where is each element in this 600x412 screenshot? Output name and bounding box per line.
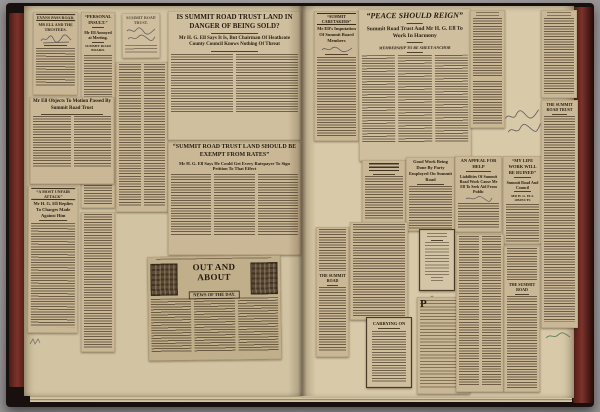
newsprint-text bbox=[74, 116, 112, 168]
divider bbox=[211, 51, 258, 52]
divider bbox=[514, 177, 531, 178]
clipping-summit-road-column: THE SUMMIT ROAD bbox=[504, 246, 540, 392]
clipping-text-columns bbox=[456, 234, 504, 392]
divider bbox=[44, 45, 67, 46]
clipping-text-column bbox=[350, 222, 408, 320]
headline-text bbox=[369, 163, 399, 172]
newsprint-text bbox=[258, 174, 298, 236]
clipping-good-work: Good Work Being Done By Party Employed O… bbox=[406, 157, 455, 231]
divider bbox=[514, 191, 531, 192]
newsprint-text bbox=[372, 331, 406, 383]
clipping-kicker: “MY LIFE WORK WILL BE RUINED” bbox=[506, 158, 539, 176]
newsprint-text bbox=[151, 298, 192, 353]
drop-cap-letter: P bbox=[420, 299, 428, 309]
clipping-carrying-on: CARRYING ON bbox=[366, 317, 412, 388]
clipping-evans-pass-road: EVANS PASS ROAD. MR ELL AND THE TRUSTEES… bbox=[33, 12, 78, 95]
divider bbox=[325, 54, 348, 55]
clipping-note: MEMBERSHIP TO BE SHEET-ANCHOR bbox=[362, 45, 468, 51]
clipping-subhead: Mr H. G. Ell Says He Could Get Every Rat… bbox=[171, 161, 298, 173]
green-pencil-mark bbox=[544, 331, 572, 341]
clipping-bordered-notice bbox=[419, 229, 455, 291]
clipping-kicker: EVANS PASS ROAD. bbox=[36, 14, 75, 21]
newsprint-text bbox=[33, 116, 71, 168]
divider bbox=[407, 52, 423, 53]
clipping-summit-road-trust-note: SUMMIT ROAD TRUST. bbox=[122, 13, 160, 58]
headline-text bbox=[547, 12, 571, 16]
newsprint-text bbox=[398, 55, 432, 143]
newsprint-text bbox=[544, 116, 575, 322]
newsprint-text bbox=[473, 18, 502, 76]
clipping-subhead: Summit Road Trust And Mr H. G. Ell To Wo… bbox=[362, 25, 468, 40]
divider bbox=[417, 184, 444, 185]
newsprint-text bbox=[319, 287, 346, 351]
handwritten-note bbox=[125, 26, 157, 44]
notice-body-text bbox=[425, 242, 449, 276]
newsprint-text bbox=[214, 174, 254, 236]
clipping-text-column bbox=[81, 212, 115, 352]
divider bbox=[552, 114, 567, 115]
divider bbox=[39, 220, 67, 221]
clipping-headline: Good Work Being Done By Party Employed O… bbox=[409, 159, 452, 182]
etching-illustration-right bbox=[250, 262, 277, 294]
clipping-text-columns bbox=[116, 62, 168, 212]
clipping-headline: IS SUMMIT ROAD TRUST LAND IN DANGER OF B… bbox=[171, 13, 298, 31]
divider bbox=[211, 33, 258, 34]
handwritten-note bbox=[320, 45, 354, 53]
clipping-small-headline bbox=[362, 160, 406, 226]
divider bbox=[466, 171, 491, 172]
clipping-headline: THE SUMMIT ROAD TRUST bbox=[544, 102, 575, 112]
newsprint-text bbox=[31, 223, 75, 327]
divider bbox=[92, 27, 104, 28]
clipping-most-unfair-attack: “A MOST UNFAIR ATTACK” Mr H. G. Ell Repl… bbox=[28, 186, 79, 333]
clipping-headline: THE SUMMIT ROAD bbox=[507, 282, 537, 292]
divider bbox=[373, 174, 395, 175]
newsprint-text bbox=[507, 296, 537, 388]
newsprint-text bbox=[238, 297, 279, 352]
clipping-kicker: AN APPEAL FOR HELP bbox=[458, 158, 499, 170]
clipping-headline: Mr H. G. Ell Replies To Charges Made Aga… bbox=[31, 201, 75, 219]
clipping-headline: “PEACE SHOULD REIGN” bbox=[362, 11, 468, 21]
newsprint-text bbox=[458, 203, 499, 229]
newsprint-text bbox=[319, 229, 346, 271]
scrapbook-photo: EVANS PASS ROAD. MR ELL AND THE TRUSTEES… bbox=[0, 0, 600, 412]
clipping-summit-road-small-column: THE SUMMIT ROAD bbox=[316, 227, 349, 357]
clipping-headline: Mr Ell Annoyed at Meeting. bbox=[84, 30, 112, 40]
newsprint-text bbox=[171, 174, 211, 236]
etching-illustration-left bbox=[150, 264, 177, 296]
clipping-subhead: Mr H. G. Ell Says It Is, But Chairman Of… bbox=[171, 36, 298, 49]
clipping-headline: Liabilities Of Summit Road Work Cause Mr… bbox=[458, 174, 499, 195]
newsprint-text bbox=[353, 224, 405, 316]
newsprint-text bbox=[317, 57, 356, 137]
divider bbox=[515, 294, 529, 295]
clipping-kicker: “PERSONAL INSULT.” bbox=[84, 14, 112, 26]
newsprint-text bbox=[84, 214, 112, 348]
clipping-out-and-about: OUT AND ABOUT NEWS OF THE DAY. bbox=[147, 255, 281, 361]
clipping-kicker: “SUMMIT CARETAKERS” bbox=[317, 13, 356, 25]
clipping-headline: “SUMMIT ROAD TRUST LAND SHOULD BE EXEMPT… bbox=[171, 144, 298, 160]
clipping-summit-road-trust-column: THE SUMMIT ROAD TRUST bbox=[541, 100, 578, 328]
clipping-headline: Mr Ell’s Imputation Of Summit Board Memb… bbox=[317, 26, 356, 44]
clipping-subhead: SUMMIT ROAD BOARD. bbox=[84, 44, 112, 53]
clipping-headline: CARRYING ON bbox=[370, 321, 408, 327]
newsprint-text bbox=[544, 18, 574, 94]
newsprint-text bbox=[409, 186, 452, 230]
newsprint-text bbox=[482, 236, 502, 386]
clipping-peace-should-reign: “PEACE SHOULD REIGN” Summit Road Trust A… bbox=[359, 9, 472, 162]
divider bbox=[431, 240, 443, 241]
clipping-headline: Summit Road And Council bbox=[506, 180, 539, 190]
clipping-appeal-for-help: AN APPEAL FOR HELP Liabilities Of Summit… bbox=[455, 156, 502, 232]
newsprint-text bbox=[144, 64, 166, 206]
divider bbox=[407, 23, 423, 24]
newsprint-text bbox=[506, 204, 539, 242]
clipping-text-column bbox=[470, 10, 505, 128]
divider bbox=[378, 328, 400, 329]
clipping-subhead: MR H. G. ELL OBJECTS bbox=[506, 194, 539, 203]
newsprint-text bbox=[434, 55, 468, 143]
newsprint-text bbox=[507, 248, 537, 280]
handwritten-note bbox=[464, 195, 494, 202]
clipping-headline: MR ELL AND THE TRUSTEES. bbox=[36, 22, 75, 33]
newsprint-text bbox=[236, 54, 298, 114]
clipping-trust-land-in-danger: IS SUMMIT ROAD TRUST LAND IN DANGER OF B… bbox=[168, 11, 301, 140]
clipping-exempt-from-rates: “SUMMIT ROAD TRUST LAND SHOULD BE EXEMPT… bbox=[168, 142, 301, 255]
handwritten-date-note bbox=[39, 33, 73, 43]
handwritten-cursive-note bbox=[502, 102, 544, 141]
newsprint-text bbox=[171, 54, 233, 114]
headline-text bbox=[476, 12, 499, 16]
newsprint-text bbox=[194, 298, 235, 353]
newsprint-text bbox=[362, 55, 396, 143]
clipping-life-work-ruined: “MY LIFE WORK WILL BE RUINED” Summit Roa… bbox=[503, 156, 542, 244]
clipping-ell-objects-to-motion: Mr Ell Objects To Motion Passed By Summi… bbox=[30, 97, 114, 184]
divider bbox=[327, 285, 338, 286]
pencil-margin-mark bbox=[29, 338, 41, 346]
notice-footer-text bbox=[431, 277, 443, 281]
divider bbox=[407, 42, 423, 43]
newsprint-text bbox=[459, 236, 479, 386]
newsprint-text bbox=[125, 45, 157, 53]
newsprint-text bbox=[365, 176, 403, 220]
newsprint-text bbox=[119, 64, 141, 206]
clipping-summit-caretakers: “SUMMIT CARETAKERS” Mr Ell’s Imputation … bbox=[314, 11, 359, 141]
clipping-headline: Mr Ell Objects To Motion Passed By Summi… bbox=[33, 99, 111, 112]
clipping-headline: SUMMIT ROAD TRUST. bbox=[125, 15, 157, 26]
clipping-kicker: “A MOST UNFAIR ATTACK” bbox=[31, 188, 75, 201]
divider bbox=[41, 114, 103, 115]
clipping-headline: THE SUMMIT ROAD bbox=[319, 273, 346, 283]
clipping-text-column bbox=[541, 10, 577, 98]
masthead-title: OUT AND ABOUT bbox=[180, 263, 247, 284]
newsprint-text bbox=[36, 47, 75, 85]
divider bbox=[92, 42, 104, 43]
newsprint-text bbox=[473, 81, 502, 125]
notice-heading-text bbox=[427, 233, 447, 238]
